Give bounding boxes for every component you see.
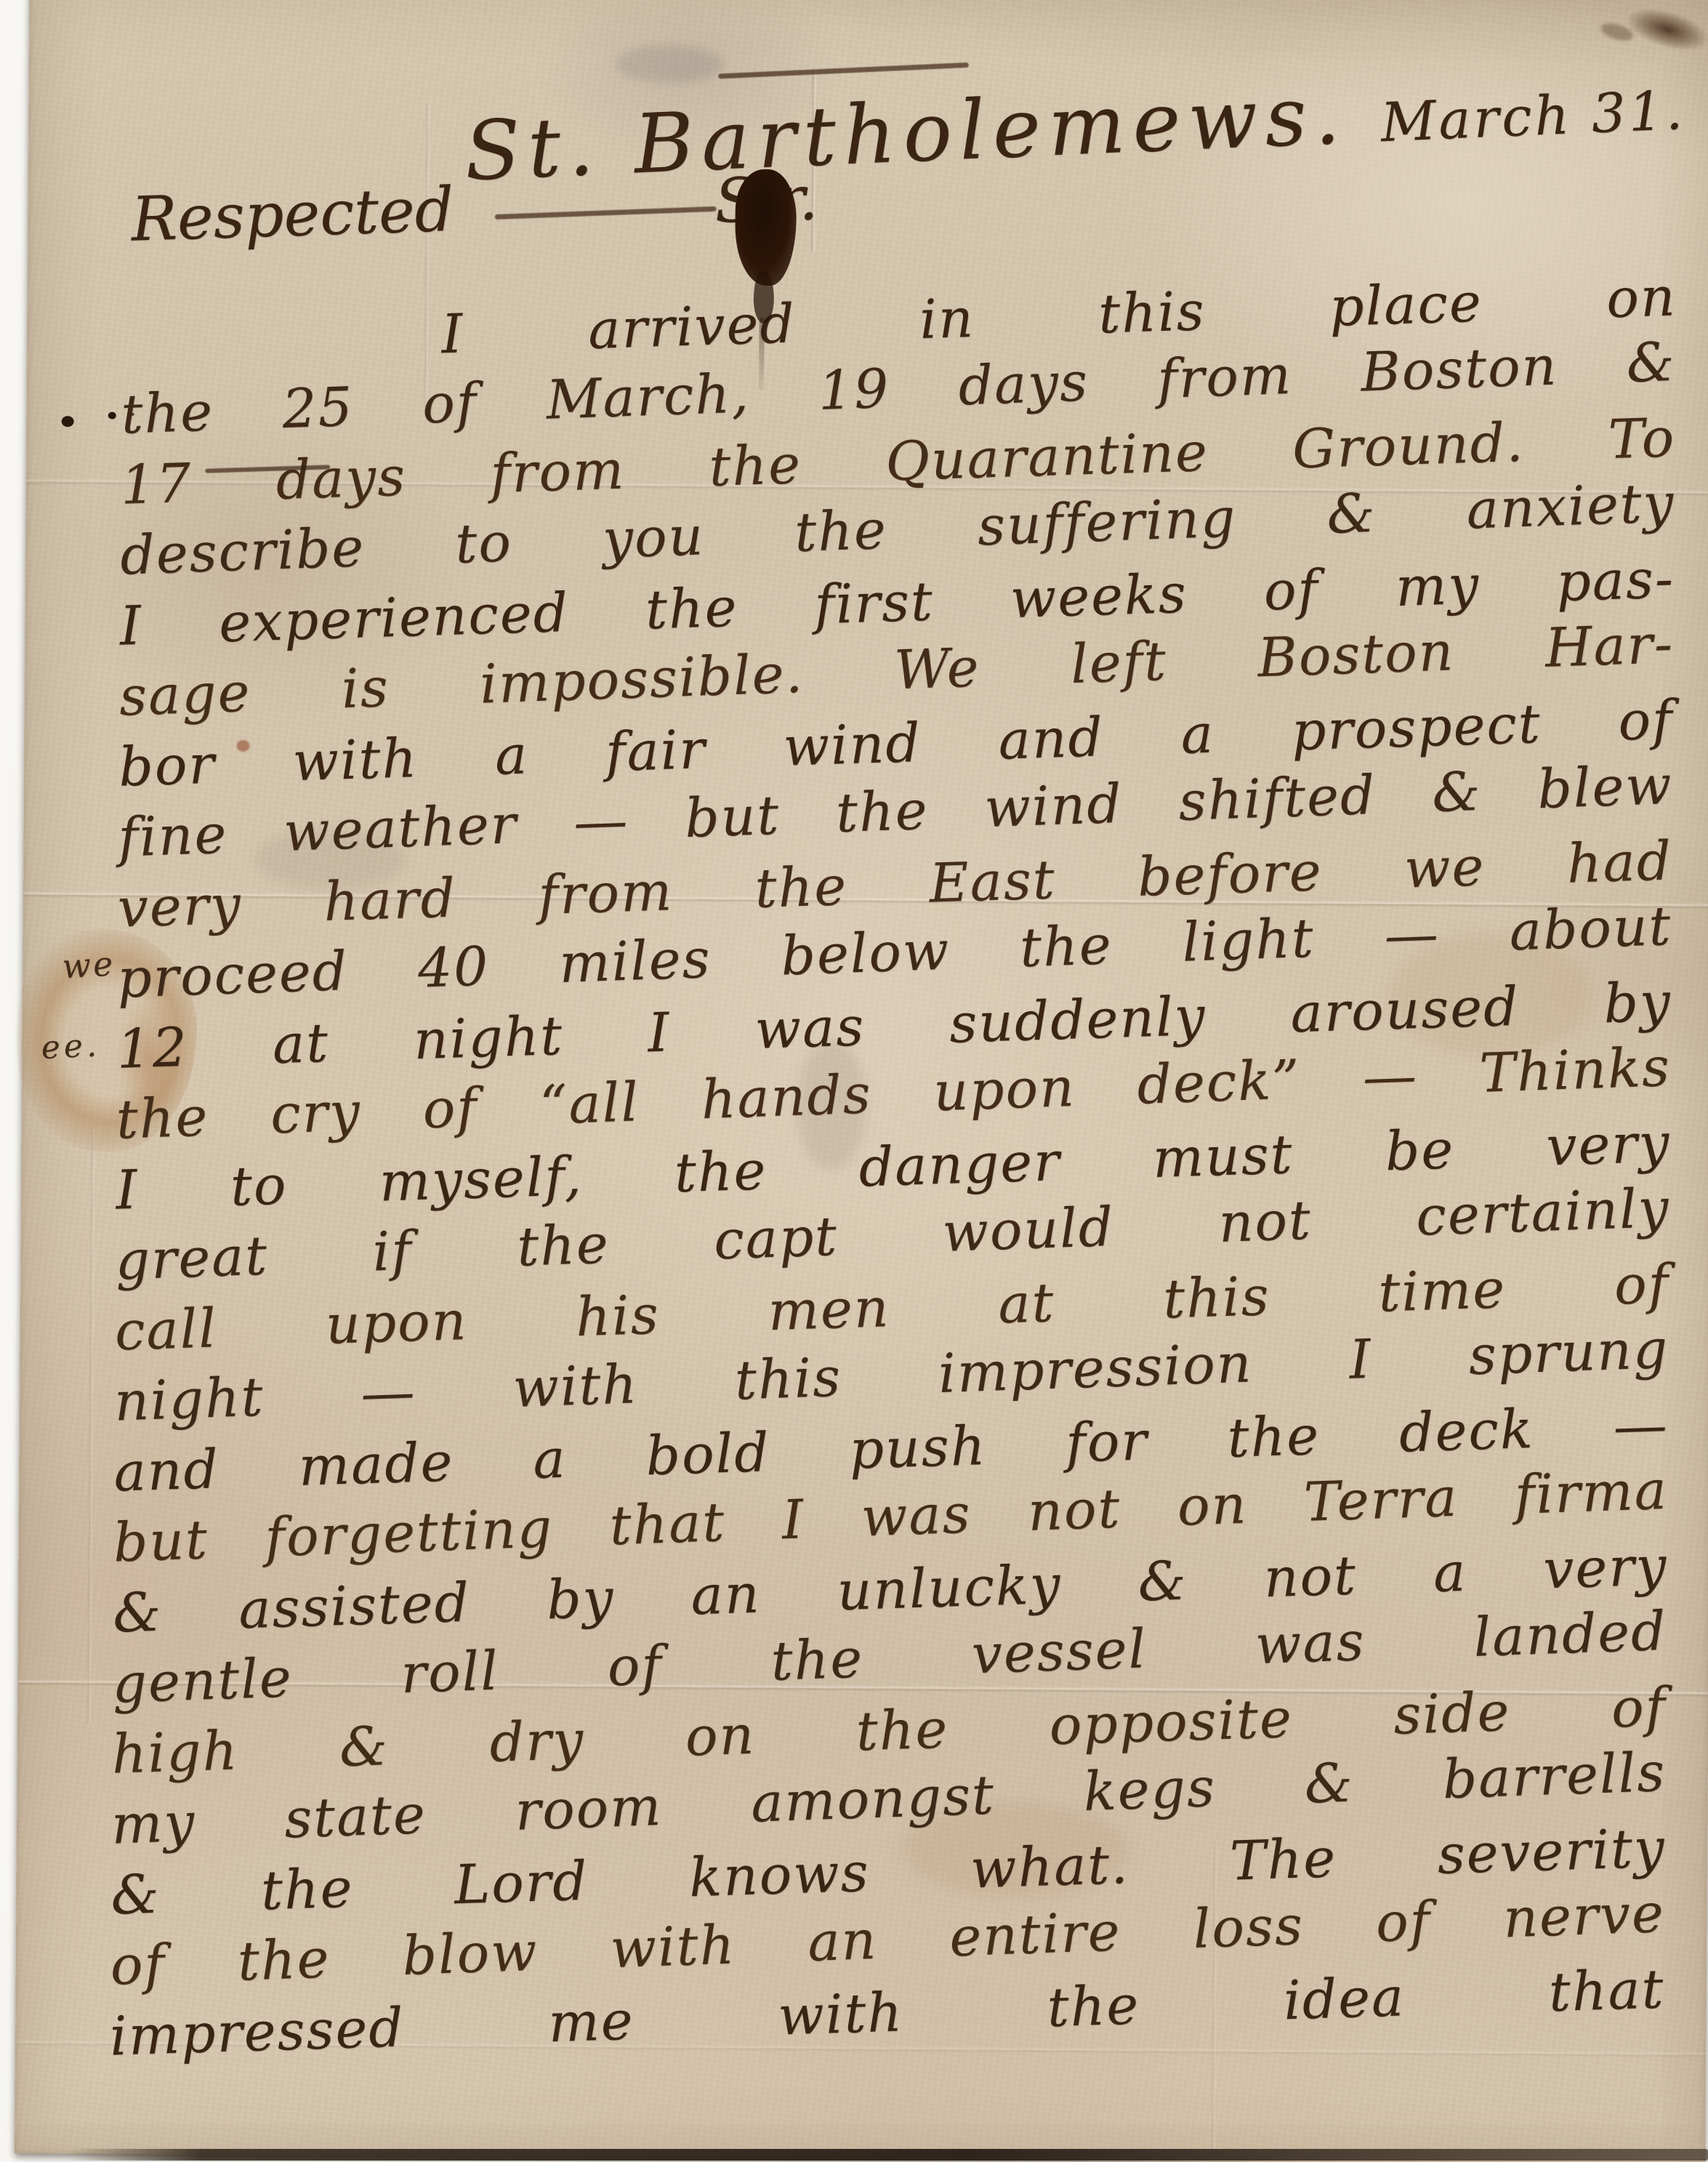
- gray-smudge-top: [615, 44, 724, 83]
- ink-dot-left-2: [108, 412, 116, 419]
- ink-blot: [735, 169, 797, 286]
- letter-body: I arrived in this place onthe 25 of Marc…: [110, 310, 1677, 2083]
- scanner-background: we ee. St. Bartholemews. March 31. Respe…: [0, 0, 1708, 2162]
- heading-pen-stroke: [718, 63, 969, 79]
- crease-vertical-3: [86, 1127, 96, 1723]
- paper-edge-shadow: [70, 2149, 1708, 2161]
- margin-note-line-1: we: [61, 944, 116, 986]
- heading-date: March 31.: [1379, 79, 1686, 154]
- letter-page: we ee. St. Bartholemews. March 31. Respe…: [15, 0, 1708, 2162]
- ink-dot-left-1: [62, 416, 74, 427]
- margin-note-line-2: ee.: [41, 1026, 101, 1066]
- ink-smudge-top-right: [1622, 0, 1708, 59]
